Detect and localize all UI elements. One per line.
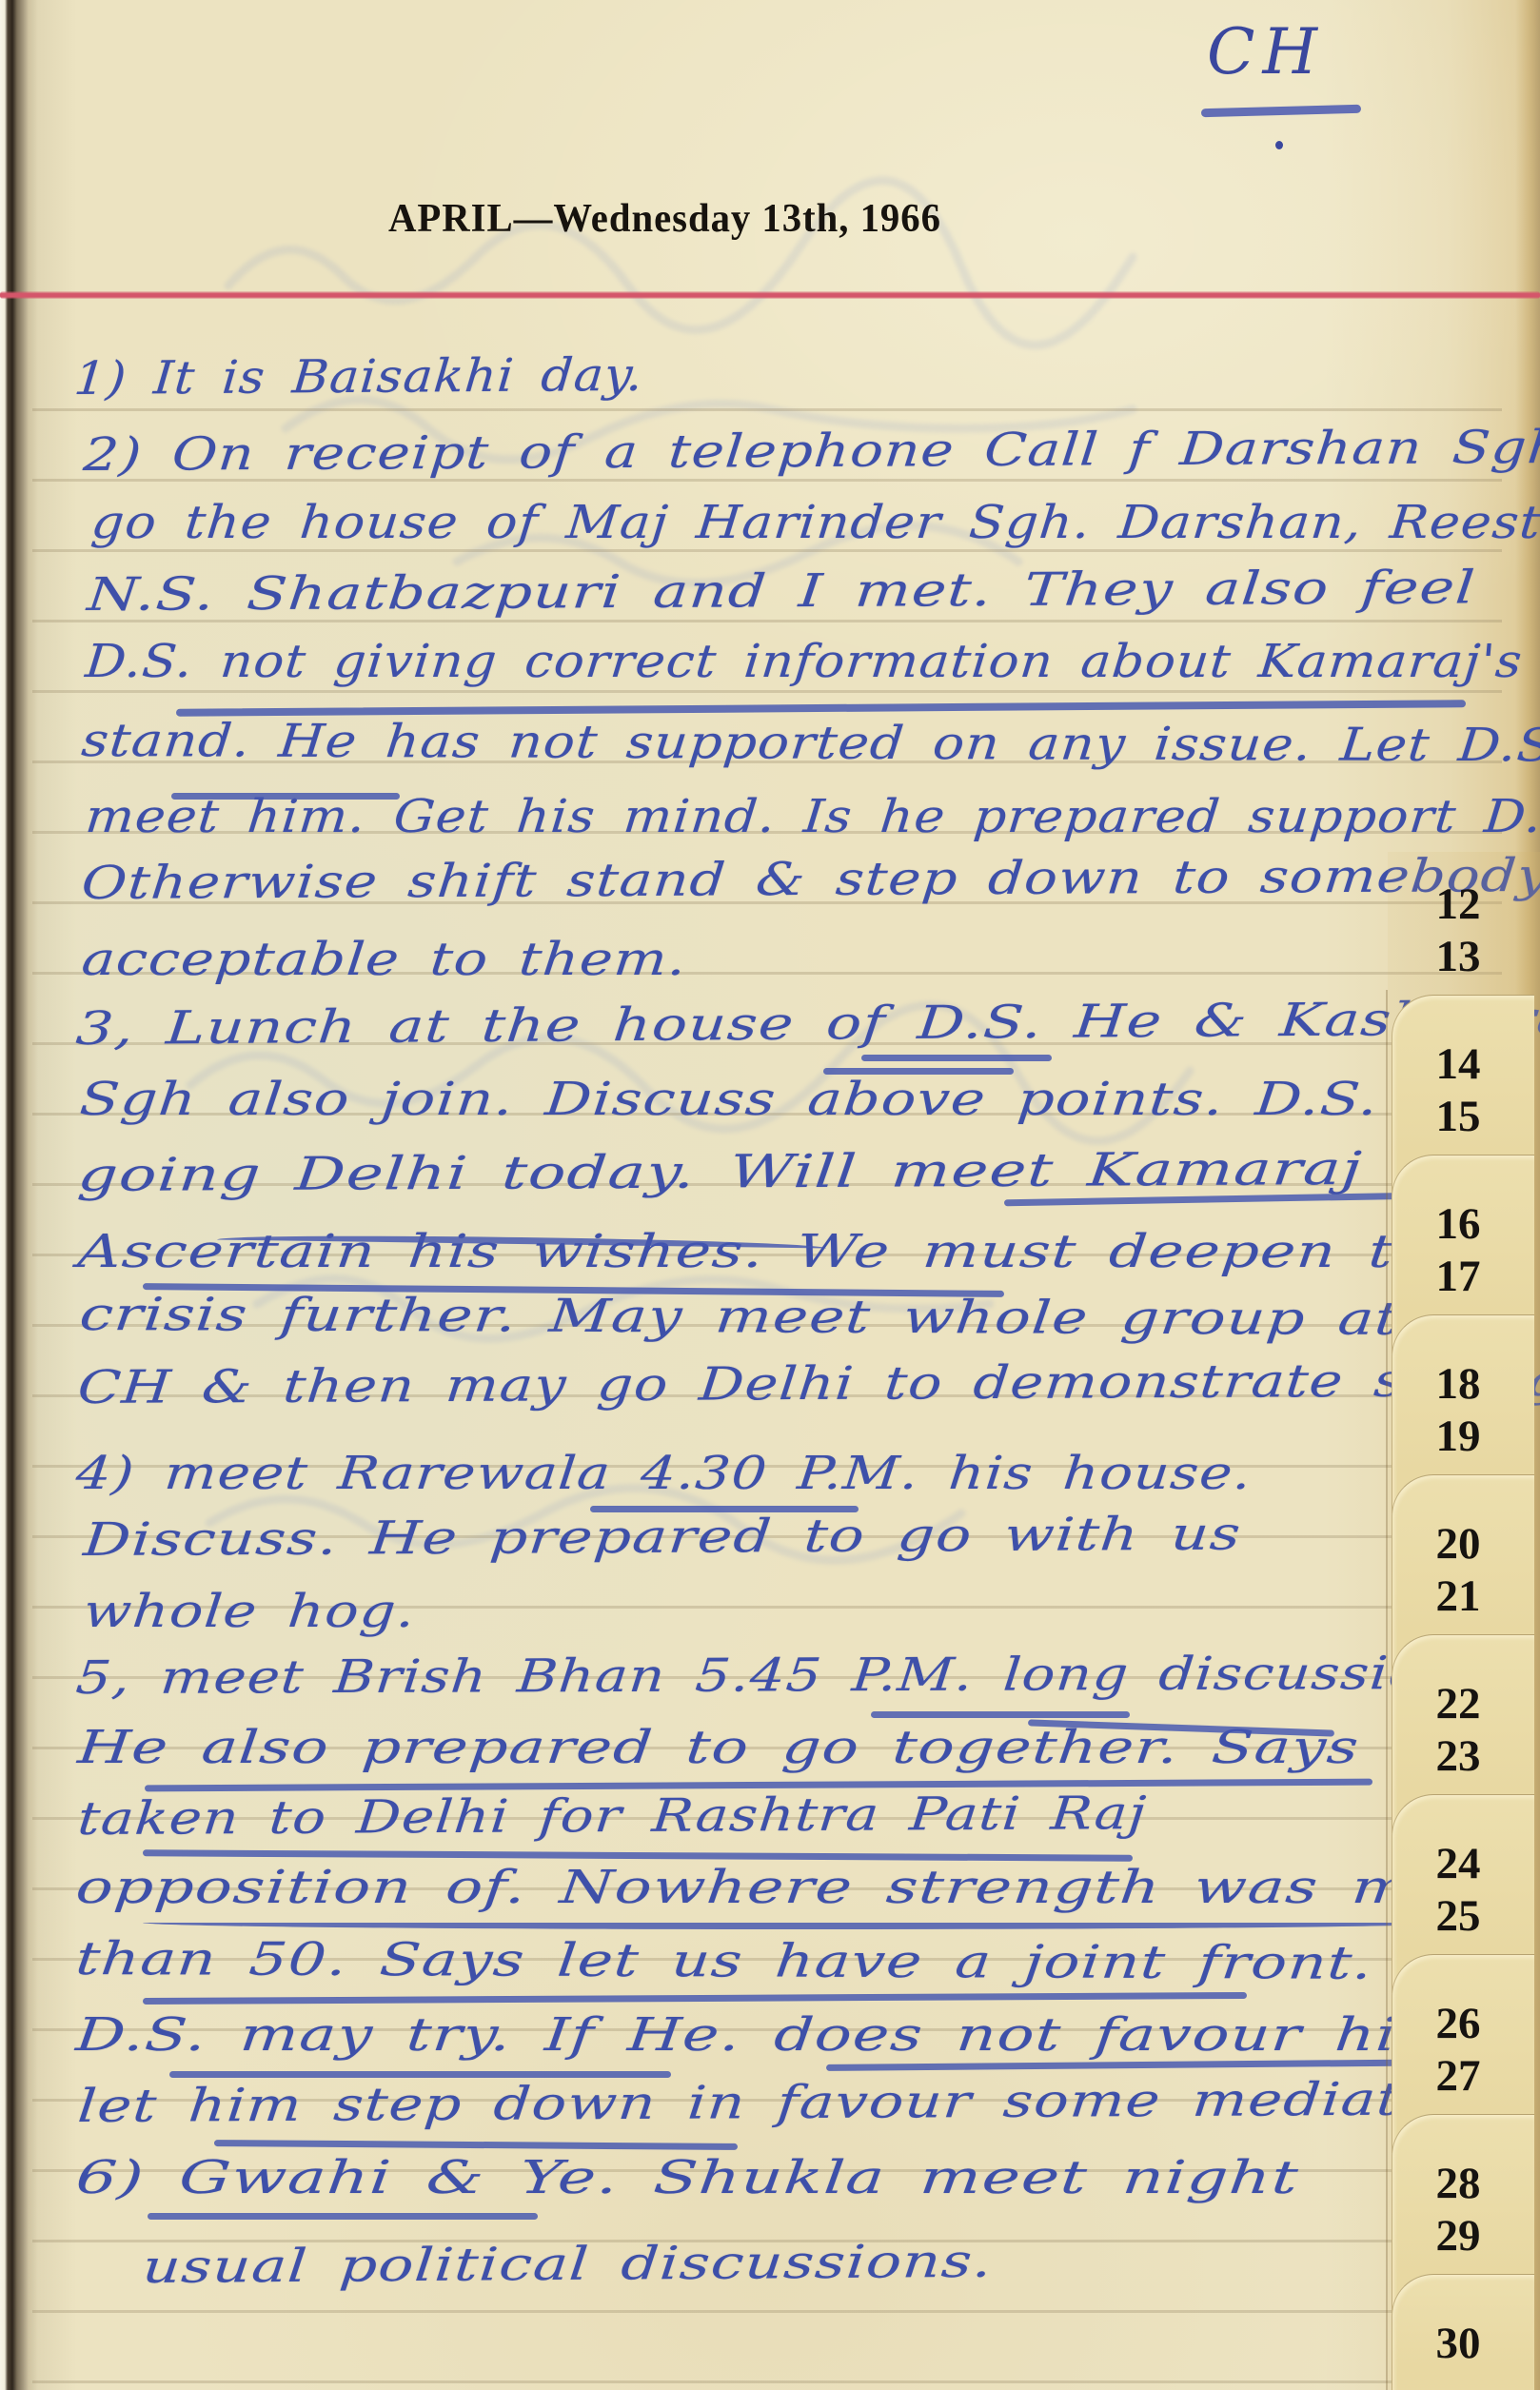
book-binding-edge: [0, 0, 38, 2390]
diary-line-11: Sgh also join. Discuss above points. D.S…: [77, 1071, 1380, 1128]
diary-line-21: taken to Delhi for Rashtra Pati Raj: [76, 1785, 1150, 1847]
ink-underline: [143, 1923, 1466, 1929]
diary-line-23: than 50. Says let us have a joint front.: [73, 1930, 1375, 1992]
tab-number-19: 19: [1423, 1410, 1493, 1463]
ink-underline: [871, 1711, 1130, 1718]
diary-line-4: N.S. Shatbazpuri and I met. They also fe…: [86, 559, 1478, 623]
tab-number-21: 21: [1423, 1570, 1493, 1623]
ink-underline: [169, 2071, 671, 2078]
ink-underline: [171, 793, 400, 800]
ink-underline: [143, 1992, 1247, 2005]
diary-line-24: D.S. may try. If He. does not favour him: [73, 2006, 1458, 2064]
diary-line-22: opposition of. Nowhere strength was more: [73, 1859, 1520, 1916]
tab-number-26: 26: [1423, 1997, 1493, 2050]
diary-line-17: Discuss. He prepared to go with us: [82, 1506, 1244, 1569]
tab-crease-line: [1386, 990, 1388, 2390]
diary-line-9: acceptable to them.: [79, 931, 689, 988]
diary-line-25: let him step down in favour some mediato…: [76, 2070, 1469, 2135]
ink-underline: [590, 1506, 859, 1512]
tab-number-17: 17: [1423, 1250, 1493, 1303]
diary-line-26: 6) Gwahi & Ye. Shukla meet night: [73, 2149, 1301, 2206]
diary-line-15: CH & then may go Delhi to demonstrate st…: [76, 1351, 1540, 1416]
tab-number-28: 28: [1423, 2157, 1493, 2210]
diary-line-16: 4) meet Rarewala 4.30 P.M. his house.: [73, 1445, 1254, 1502]
tab-number-23: 23: [1423, 1729, 1493, 1783]
ch-annotation-text: CH: [1207, 15, 1325, 89]
diary-page: APRIL—Wednesday 13th, 1966 CH 1) It is B…: [0, 0, 1540, 2390]
tab-number-14: 14: [1423, 1037, 1493, 1091]
diary-line-18: whole hog.: [81, 1583, 418, 1640]
diary-line-1: 1) It is Baisakhi day.: [72, 346, 646, 407]
tab-number-13: 13: [1423, 930, 1493, 983]
tab-number-22: 22: [1423, 1677, 1493, 1730]
diary-line-8: Otherwise shift stand & step down to som…: [80, 847, 1540, 912]
diary-line-27: usual political discussions.: [141, 2233, 996, 2296]
tab-number-27: 27: [1423, 2049, 1493, 2103]
diary-line-6: stand. He has not supported on any issue…: [79, 712, 1540, 774]
tab-number-16: 16: [1423, 1197, 1493, 1251]
diary-line-13: Ascertain his wishes. We must deepen the: [75, 1223, 1472, 1280]
tab-number-18: 18: [1423, 1357, 1493, 1411]
diary-line-10: 3, Lunch at the house of D.S. He & Kashm…: [74, 990, 1540, 1057]
printed-date-header: APRIL—Wednesday 13th, 1966: [388, 196, 941, 242]
tab-number-30: 30: [1423, 2317, 1493, 2370]
handwritten-ch-annotation: CH: [1201, 15, 1392, 158]
ink-underline: [1201, 105, 1361, 117]
ink-underline: [861, 1055, 1052, 1061]
tab-number-29: 29: [1423, 2209, 1493, 2262]
tab-number-15: 15: [1423, 1090, 1493, 1143]
ink-underline: [148, 2213, 538, 2220]
ink-dot: [1275, 141, 1283, 149]
tab-number-25: 25: [1423, 1889, 1493, 1943]
diary-line-3: go the house of Maj Harinder Sgh. Darsha…: [89, 494, 1540, 551]
diary-line-19: 5, meet Brish Bhan 5.45 P.M. long discus…: [73, 1645, 1461, 1707]
red-header-rule: [0, 291, 1540, 299]
tab-number-12: 12: [1423, 878, 1493, 931]
tab-number-24: 24: [1423, 1837, 1493, 1890]
diary-line-5: D.S. not giving correct information abou…: [83, 633, 1525, 690]
ink-underline: [823, 1068, 1014, 1075]
diary-line-2: 2) On receipt of a telephone Call f Dars…: [82, 419, 1540, 484]
diary-line-14: crisis further. May meet whole group at: [77, 1286, 1402, 1348]
tab-number-20: 20: [1423, 1517, 1493, 1570]
